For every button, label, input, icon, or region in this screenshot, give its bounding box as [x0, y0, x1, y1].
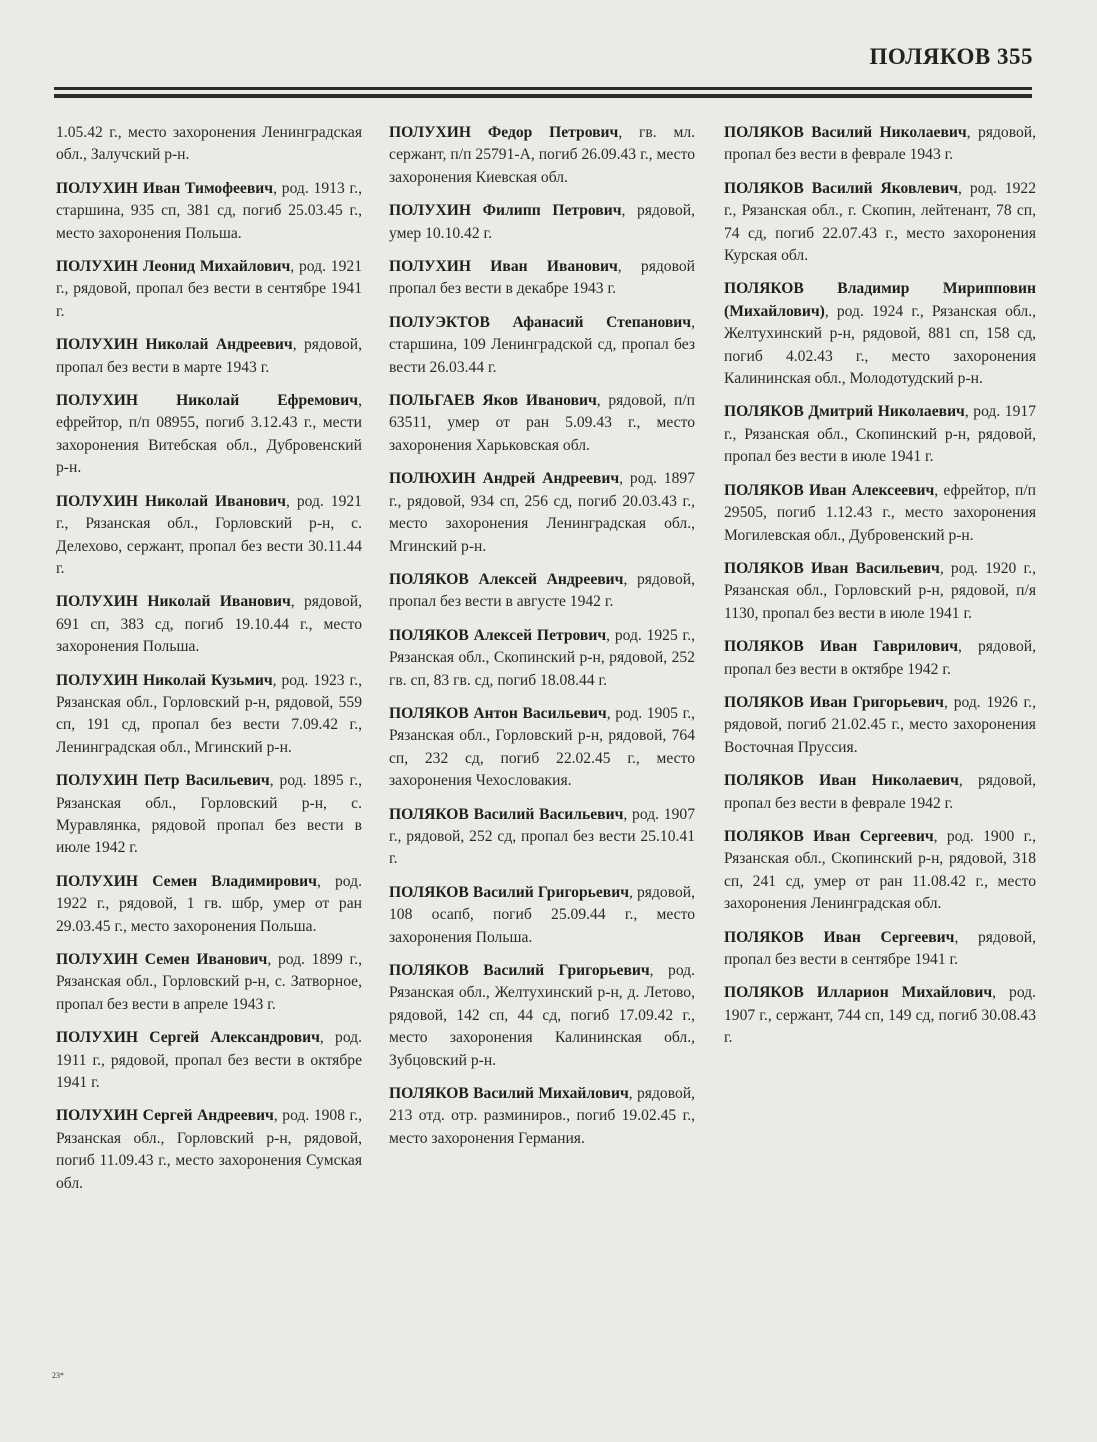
entry: ПОЛУХИН Иван Иванович, рядовой пропал бе… — [389, 256, 695, 301]
entry: ПОЛЯКОВ Иван Сергеевич, рядовой, пропал … — [724, 927, 1036, 972]
entry-name: ПОЛУХИН Сергей Андреевич — [56, 1107, 274, 1124]
header-rule-thick — [54, 94, 1032, 98]
entry-name: ПОЛЯКОВ Иван Сергеевич — [724, 828, 934, 845]
entry: ПОЛЬГАЕВ Яков Иванович, рядовой, п/п 635… — [389, 390, 695, 457]
entry: ПОЛЯКОВ Василий Николаевич, рядовой, про… — [724, 122, 1036, 167]
column-3: ПОЛЯКОВ Василий Николаевич, рядовой, про… — [724, 122, 1036, 1206]
entry-name: ПОЛУХИН Леонид Михайлович — [56, 258, 290, 275]
entry: ПОЛУХИН Федор Петрович, гв. мл. сержант,… — [389, 122, 695, 189]
entry-name: ПОЛУХИН Николай Иванович — [56, 593, 291, 610]
column-1: 1.05.42 г., место захоронения Ленинградс… — [56, 122, 362, 1206]
column-2: ПОЛУХИН Федор Петрович, гв. мл. сержант,… — [389, 122, 695, 1206]
entry: ПОЛЮХИН Андрей Андреевич, род. 1897 г., … — [389, 468, 695, 558]
entry: ПОЛУХИН Николай Иванович, род. 1921 г., … — [56, 491, 362, 581]
entry-name: ПОЛЮХИН Андрей Андреевич — [389, 470, 619, 487]
entry-name: ПОЛУХИН Петр Васильевич — [56, 772, 270, 789]
entry: ПОЛЯКОВ Василий Михайлович, рядовой, 213… — [389, 1083, 695, 1150]
entry-text: 1.05.42 г., место захоронения Ленинградс… — [56, 124, 362, 163]
entry: ПОЛЯКОВ Алексей Петрович, род. 1925 г., … — [389, 625, 695, 692]
entry-name: ПОЛУХИН Николай Иванович — [56, 493, 286, 510]
entry: ПОЛЯКОВ Иван Николаевич, рядовой, пропал… — [724, 770, 1036, 815]
entry-name: ПОЛЯКОВ Иван Васильевич — [724, 560, 940, 577]
entry-name: ПОЛУХИН Федор Петрович — [389, 124, 618, 141]
header-rule-thin — [54, 87, 1032, 90]
entry-name: ПОЛУХИН Николай Андреевич — [56, 336, 293, 353]
entry: ПОЛЯКОВ Иван Васильевич, род. 1920 г., Р… — [724, 558, 1036, 625]
entry: ПОЛУХИН Сергей Андреевич, род. 1908 г., … — [56, 1105, 362, 1195]
entry: ПОЛУХИН Леонид Михайлович, род. 1921 г.,… — [56, 256, 362, 323]
entry: ПОЛЯКОВ Иван Григорьевич, род. 1926 г., … — [724, 692, 1036, 759]
entry-name: ПОЛЯКОВ Илларион Михайлович — [724, 984, 992, 1001]
entry-name: ПОЛЯКОВ Антон Васильевич — [389, 705, 607, 722]
entry: ПОЛЯКОВ Василий Васильевич, род. 1907 г.… — [389, 804, 695, 871]
text-columns: 1.05.42 г., место захоронения Ленинградс… — [56, 122, 1036, 1206]
entry: ПОЛЯКОВ Василий Яковлевич, род. 1922 г.,… — [724, 178, 1036, 268]
entry: ПОЛЯКОВ Илларион Михайлович, род. 1907 г… — [724, 982, 1036, 1049]
entry: ПОЛЯКОВ Василий Григорьевич, рядовой, 10… — [389, 882, 695, 949]
entry-name: ПОЛЯКОВ Василий Васильевич — [389, 806, 623, 823]
entry-name: ПОЛЬГАЕВ Яков Иванович — [389, 392, 597, 409]
entry: ПОЛЯКОВ Иван Сергеевич, род. 1900 г., Ря… — [724, 826, 1036, 916]
entry: ПОЛЯКОВ Владимир Мирипповин (Михайлович)… — [724, 278, 1036, 390]
entry-name: ПОЛЯКОВ Алексей Петрович — [389, 627, 606, 644]
entry: ПОЛУХИН Николай Андреевич, рядовой, проп… — [56, 334, 362, 379]
entry-name: ПОЛУХИН Николай Ефремович — [56, 392, 358, 409]
entry-name: ПОЛЯКОВ Алексей Андреевич — [389, 571, 623, 588]
entry-name: ПОЛЯКОВ Василий Яковлевич — [724, 180, 958, 197]
entry-name: ПОЛЯКОВ Василий Григорьевич — [389, 884, 629, 901]
entry-name: ПОЛУХИН Николай Кузьмич — [56, 672, 273, 689]
signature-mark: 23* — [52, 1371, 64, 1380]
entry-name: ПОЛЯКОВ Дмитрий Николаевич — [724, 403, 965, 420]
entry-name: ПОЛУХИН Семен Иванович — [56, 951, 267, 968]
running-header: ПОЛЯКОВ 355 — [870, 44, 1033, 70]
entry: ПОЛУХИН Петр Васильевич, род. 1895 г., Р… — [56, 770, 362, 860]
entry: ПОЛУХИН Иван Тимофеевич, род. 1913 г., с… — [56, 178, 362, 245]
entry-name: ПОЛУХИН Иван Иванович — [389, 258, 618, 275]
entry-name: ПОЛЯКОВ Иван Алексеевич — [724, 482, 934, 499]
entry: ПОЛЯКОВ Иван Гаврилович, рядовой, пропал… — [724, 636, 1036, 681]
entry: ПОЛЯКОВ Василий Григорьевич, род. Рязанс… — [389, 960, 695, 1072]
entry-name: ПОЛЯКОВ Иван Николаевич — [724, 772, 959, 789]
entry: ПОЛЯКОВ Дмитрий Николаевич, род. 1917 г.… — [724, 401, 1036, 468]
entry-name: ПОЛУХИН Иван Тимофеевич — [56, 180, 273, 197]
entry-name: ПОЛУХИН Семен Владимирович — [56, 873, 317, 890]
entry: ПОЛУХИН Николай Иванович, рядовой, 691 с… — [56, 591, 362, 658]
entry: ПОЛЯКОВ Антон Васильевич, род. 1905 г., … — [389, 703, 695, 793]
entry-name: ПОЛУХИН Сергей Александрович — [56, 1029, 320, 1046]
entry: ПОЛУЭКТОВ Афанасий Степанович, старшина,… — [389, 312, 695, 379]
entry: ПОЛУХИН Семен Владимирович, род. 1922 г.… — [56, 871, 362, 938]
entry-name: ПОЛЯКОВ Василий Михайлович — [389, 1085, 629, 1102]
entry: ПОЛУХИН Сергей Александрович, род. 1911 … — [56, 1027, 362, 1094]
entry: ПОЛУХИН Николай Кузьмич, род. 1923 г., Р… — [56, 670, 362, 760]
entry-name: ПОЛУЭКТОВ Афанасий Степанович — [389, 314, 691, 331]
entry: ПОЛЯКОВ Алексей Андреевич, рядовой, проп… — [389, 569, 695, 614]
entry-name: ПОЛЯКОВ Василий Николаевич — [724, 124, 967, 141]
entry-name: ПОЛЯКОВ Иван Гаврилович — [724, 638, 958, 655]
entry-name: ПОЛЯКОВ Василий Григорьевич — [389, 962, 650, 979]
entry-name: ПОЛУХИН Филипп Петрович — [389, 202, 622, 219]
entry-name: ПОЛЯКОВ Иван Сергеевич — [724, 929, 954, 946]
entry: ПОЛУХИН Николай Ефремович, ефрейтор, п/п… — [56, 390, 362, 480]
entry: ПОЛЯКОВ Иван Алексеевич, ефрейтор, п/п 2… — [724, 480, 1036, 547]
entry: ПОЛУХИН Филипп Петрович, рядовой, умер 1… — [389, 200, 695, 245]
entry-name: ПОЛЯКОВ Иван Григорьевич — [724, 694, 944, 711]
entry: ПОЛУХИН Семен Иванович, род. 1899 г., Ря… — [56, 949, 362, 1016]
entry-continuation: 1.05.42 г., место захоронения Ленинградс… — [56, 122, 362, 167]
